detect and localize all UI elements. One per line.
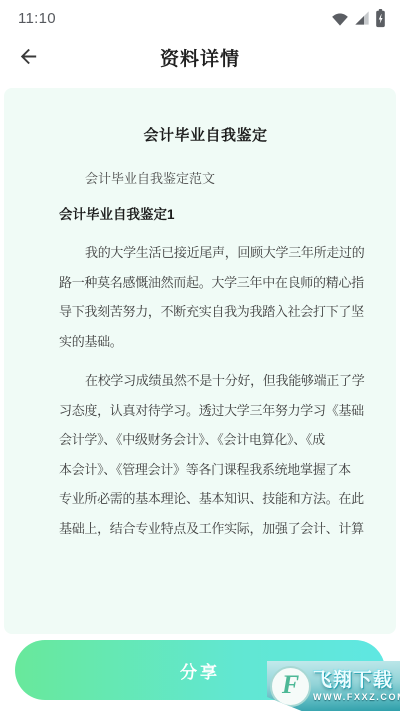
page-title: 资料详情 bbox=[0, 28, 400, 86]
app-bar: 资料详情 bbox=[0, 28, 400, 86]
watermark-text: 飞翔下载 WWW.FXXZ.COM bbox=[313, 670, 400, 703]
watermark-logo-icon: F bbox=[270, 666, 311, 707]
app-screen: 11:10 资料详情 bbox=[0, 0, 400, 711]
status-icons bbox=[331, 9, 386, 28]
text-line: 会计学》、《中级财务会计》、《会计电算化》、《成 bbox=[59, 425, 352, 455]
watermark-badge: F 飞翔下载 WWW.FXXZ.COM bbox=[267, 661, 400, 711]
text-line: 路一种莫名感慨油然而起。大学三年中在良师的精心指 bbox=[59, 268, 352, 298]
text-line: 我的大学生活已接近尾声，回顾大学三年所走过的 bbox=[59, 238, 352, 268]
share-button-label: 分享 bbox=[180, 658, 220, 683]
text-line: 实的基础。 bbox=[59, 327, 352, 357]
text-line: 本会计》、《管理会计》等各门课程我系统地掌握了本 bbox=[59, 455, 352, 485]
wifi-icon bbox=[331, 11, 349, 26]
text-line: 基础上，结合专业特点及工作实际，加强了会计、计算 bbox=[59, 514, 352, 544]
battery-charging-icon bbox=[375, 9, 386, 28]
paragraph: 在校学习成绩虽然不是十分好，但我能够端正了学 习态度，认真对待学习。透过大学三年… bbox=[59, 366, 352, 543]
back-button[interactable] bbox=[10, 40, 46, 76]
article-panel[interactable]: 会计毕业自我鉴定 会计毕业自我鉴定范文 会计毕业自我鉴定1 我的大学生活已接近尾… bbox=[4, 88, 396, 634]
section-heading: 会计毕业自我鉴定1 bbox=[59, 206, 352, 224]
status-bar: 11:10 bbox=[0, 0, 400, 30]
cell-signal-icon bbox=[354, 10, 370, 26]
text-line: 在校学习成绩虽然不是十分好，但我能够端正了学 bbox=[59, 366, 352, 396]
document-title: 会计毕业自我鉴定 bbox=[59, 126, 352, 146]
watermark-site-name: 飞翔下载 bbox=[313, 670, 393, 691]
paragraph: 我的大学生活已接近尾声，回顾大学三年所走过的 路一种莫名感慨油然而起。大学三年中… bbox=[59, 238, 352, 356]
text-line: 导下我刻苦努力，不断充实自我为我踏入社会打下了坚 bbox=[59, 297, 352, 327]
watermark-logo-letter: F bbox=[282, 670, 299, 700]
back-arrow-icon bbox=[17, 45, 40, 71]
document-subtitle: 会计毕业自我鉴定范文 bbox=[59, 170, 352, 188]
watermark-site-url: WWW.FXXZ.COM bbox=[313, 692, 400, 703]
text-line: 习态度，认真对待学习。透过大学三年努力学习《基础 bbox=[59, 396, 352, 426]
text-line: 专业所必需的基本理论、基本知识、技能和方法。在此 bbox=[59, 484, 352, 514]
status-time: 11:10 bbox=[18, 10, 56, 27]
